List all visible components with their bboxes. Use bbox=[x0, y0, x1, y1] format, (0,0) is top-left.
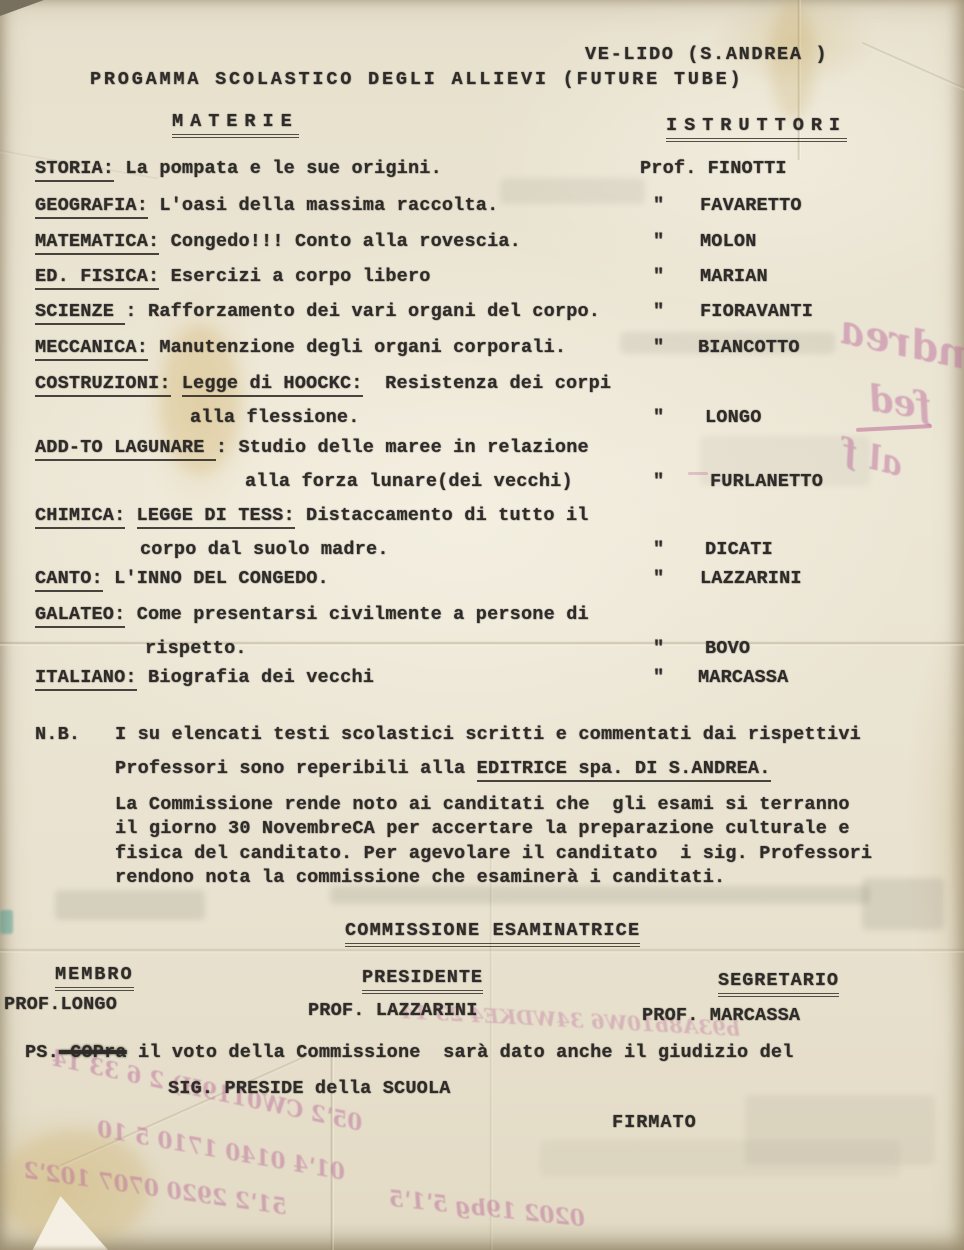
subject-row-galateo: GALATEO: Come presentarsi civilmente a p… bbox=[35, 604, 589, 625]
notice-line2: il giorno 30 NovembreCA per accertare la… bbox=[115, 818, 850, 839]
subject-desc: L'INNO DEL CONGEDO. bbox=[103, 568, 329, 589]
subject-label: ED. FISICA: bbox=[35, 266, 159, 290]
commission-president-name: PROF. LAZZARINI bbox=[308, 1000, 478, 1021]
subject-row-italiano: ITALIANO: Biografia dei vecchi bbox=[35, 667, 374, 688]
ink-smudge bbox=[540, 1140, 900, 1176]
subject-sublabel: LEGGE DI TESS: bbox=[137, 505, 295, 529]
ditto-mark: " bbox=[653, 266, 664, 287]
commission-heading-text: COMMISSIONE ESAMINATRICE bbox=[345, 920, 640, 947]
subject-desc-cont: rispetto. bbox=[145, 638, 247, 659]
role-label: MEMBRO bbox=[55, 964, 134, 991]
subject-desc: La pompata e le sue origini. bbox=[114, 158, 442, 179]
subject-label: ADD-TO LAGUNARE bbox=[35, 437, 216, 461]
torn-corner bbox=[0, 0, 44, 16]
instructor-name: LONGO bbox=[705, 407, 762, 428]
ditto-mark: " bbox=[653, 195, 664, 216]
instructor-name: MARIAN bbox=[700, 266, 768, 287]
signed-label: FIRMATO bbox=[612, 1112, 697, 1133]
commission-heading: COMMISSIONE ESAMINATRICE bbox=[345, 920, 640, 941]
subject-label: COSTRUZIONI: bbox=[35, 373, 171, 397]
ditto-mark: " bbox=[653, 667, 664, 688]
subject-label: MECCANICA: bbox=[35, 337, 148, 361]
bleed-through-handwriting: 0202 19bg 5'1'5 bbox=[387, 1186, 586, 1232]
instructor-name: LAZZARINI bbox=[700, 568, 802, 589]
column-header-materie: MATERIE bbox=[172, 111, 299, 132]
subject-desc: Manutenzione degli organi corporali. bbox=[148, 337, 566, 358]
column-header-label: ISTRUTTORI bbox=[666, 115, 847, 142]
nb-line2: Professori sono reperibili alla EDITRICE… bbox=[115, 758, 771, 779]
notice-line4: rendono nota la commissione che esaminer… bbox=[115, 867, 725, 888]
role-label: SEGRETARIO bbox=[718, 970, 839, 997]
subject-desc: Biografia dei vecchi bbox=[137, 667, 374, 688]
scanned-typewritten-document: Andrea fed al f b93A8b10W6 34WDKE4 23 14… bbox=[0, 0, 964, 1250]
column-header-istruttori: ISTRUTTORI bbox=[666, 115, 847, 136]
instructor-name: MARCASSA bbox=[698, 667, 788, 688]
nb-label: N.B. bbox=[35, 724, 80, 745]
subject-desc: Congedo!!! Conto alla rovescia. bbox=[159, 231, 521, 252]
commission-member-name: PROF.LONGO bbox=[4, 994, 117, 1015]
subject-desc-cont: corpo dal suolo madre. bbox=[140, 539, 389, 560]
ditto-mark: " bbox=[653, 638, 664, 659]
subject-row-add-to-lagunare: ADD-TO LAGUNARE : Studio delle maree in … bbox=[35, 437, 589, 458]
bleed-through-handwriting: Andrea bbox=[835, 306, 964, 385]
subject-desc: L'oasi della massima raccolta. bbox=[148, 195, 498, 216]
pink-strike-mark bbox=[688, 472, 708, 475]
instructor-name: FURLANETTO bbox=[710, 471, 823, 492]
horizontal-crease bbox=[0, 948, 964, 953]
subject-desc: Resistenza dei corpi bbox=[363, 373, 612, 394]
notice-line3: fisica del canditato. Per agevolare il c… bbox=[115, 843, 872, 864]
subject-desc-cont: alla flessione. bbox=[190, 407, 360, 428]
subject-desc-cont: alla forza lunare(dei vecchi) bbox=[245, 471, 573, 492]
instructor-name: FIORAVANTI bbox=[700, 301, 813, 322]
subject-label: STORIA: bbox=[35, 158, 114, 182]
role-presidente: PRESIDENTE bbox=[362, 967, 483, 988]
ditto-mark: " bbox=[653, 539, 664, 560]
subject-row-scienze: SCIENZE : Rafforzamento dei vari organi … bbox=[35, 301, 600, 322]
instructor-name: BIANCOTTO bbox=[698, 337, 800, 358]
ink-smudge bbox=[55, 890, 205, 920]
instructor-name: DICATI bbox=[705, 539, 773, 560]
ps-prefix: PS. bbox=[25, 1042, 59, 1063]
nb-line2-text: Professori sono reperibili alla bbox=[115, 758, 477, 779]
page-title: PROGAMMA SCOLASTICO DEGLI ALLIEVI (FUTUR… bbox=[90, 69, 743, 90]
commission-secretary-name: PROF. MARCASSA bbox=[642, 1005, 800, 1026]
struck-text: -COPra bbox=[59, 1042, 127, 1063]
role-label: PRESIDENTE bbox=[362, 967, 483, 994]
instructor-cell: Prof.FINOTTI bbox=[640, 158, 787, 179]
ditto-mark: " bbox=[653, 337, 664, 358]
subject-desc: Distaccamento di tutto il bbox=[295, 505, 589, 526]
prof-prefix: Prof. bbox=[640, 158, 697, 179]
ps-text: il voto della Commissione sarà dato anch… bbox=[127, 1042, 794, 1063]
ditto-mark: " bbox=[653, 471, 664, 492]
subject-label: ITALIANO: bbox=[35, 667, 137, 691]
location-heading: VE-LIDO (S.ANDREA ) bbox=[585, 44, 828, 65]
subject-label: GALATEO: bbox=[35, 604, 125, 628]
ink-smudge bbox=[862, 878, 944, 930]
diagonal-crease bbox=[861, 42, 964, 100]
subject-label: SCIENZE bbox=[35, 301, 125, 325]
subject-sublabel: Legge di HOOCKC: bbox=[182, 373, 363, 397]
column-header-label: MATERIE bbox=[172, 111, 299, 138]
subject-label: CANTO: bbox=[35, 568, 103, 592]
subject-row-chimica: CHIMICA:LEGGE DI TESS: Distaccamento di … bbox=[35, 505, 589, 526]
ps-line2: SIG. PRESIDE della SCUOLA bbox=[168, 1078, 451, 1099]
subject-row-ed-fisica: ED. FISICA: Esercizi a corpo libero bbox=[35, 266, 431, 287]
publisher-name: EDITRICE spa. DI S.ANDREA. bbox=[477, 758, 771, 782]
ditto-mark: " bbox=[653, 407, 664, 428]
subject-label: MATEMATICA: bbox=[35, 231, 159, 255]
subject-label: CHIMICA: bbox=[35, 505, 125, 529]
notice-line1: La Commissione rende noto ai canditati c… bbox=[115, 794, 850, 815]
subject-row-costruzioni: COSTRUZIONI:Legge di HOOCKC: Resistenza … bbox=[35, 373, 611, 394]
ditto-mark: " bbox=[653, 301, 664, 322]
subject-desc: Come presentarsi civilmente a persone di bbox=[125, 604, 588, 625]
role-segretario: SEGRETARIO bbox=[718, 970, 839, 991]
ink-smudge bbox=[500, 178, 645, 204]
subject-row-canto: CANTO: L'INNO DEL CONGEDO. bbox=[35, 568, 329, 589]
subject-row-meccanica: MECCANICA: Manutenzione degli organi cor… bbox=[35, 337, 566, 358]
subject-desc: : Rafforzamento dei vari organi del corp… bbox=[125, 301, 600, 322]
nb-line1: I su elencati testi scolastici scritti e… bbox=[115, 724, 861, 745]
pink-strike-mark bbox=[856, 424, 932, 432]
bleed-through-handwriting: fed bbox=[865, 378, 934, 428]
instructor-name: FAVARETTO bbox=[700, 195, 802, 216]
instructor-name: FINOTTI bbox=[708, 158, 787, 179]
instructor-name: MOLON bbox=[700, 231, 757, 252]
subject-desc: : Studio delle maree in relazione bbox=[216, 437, 589, 458]
subject-row-geografia: GEOGRAFIA: L'oasi della massima raccolta… bbox=[35, 195, 498, 216]
ditto-mark: " bbox=[653, 568, 664, 589]
ink-mark bbox=[0, 910, 13, 934]
ditto-mark: " bbox=[653, 231, 664, 252]
subject-row-matematica: MATEMATICA: Congedo!!! Conto alla rovesc… bbox=[35, 231, 521, 252]
instructor-name: BOVO bbox=[705, 638, 750, 659]
ink-smudge bbox=[330, 886, 870, 904]
subject-desc: Esercizi a corpo libero bbox=[159, 266, 430, 287]
ps-line: PS.-COPra il voto della Commissione sarà… bbox=[25, 1042, 794, 1063]
subject-row-storia: STORIA: La pompata e le sue origini. bbox=[35, 158, 442, 179]
subject-label: GEOGRAFIA: bbox=[35, 195, 148, 219]
role-membro: MEMBRO bbox=[55, 964, 134, 985]
